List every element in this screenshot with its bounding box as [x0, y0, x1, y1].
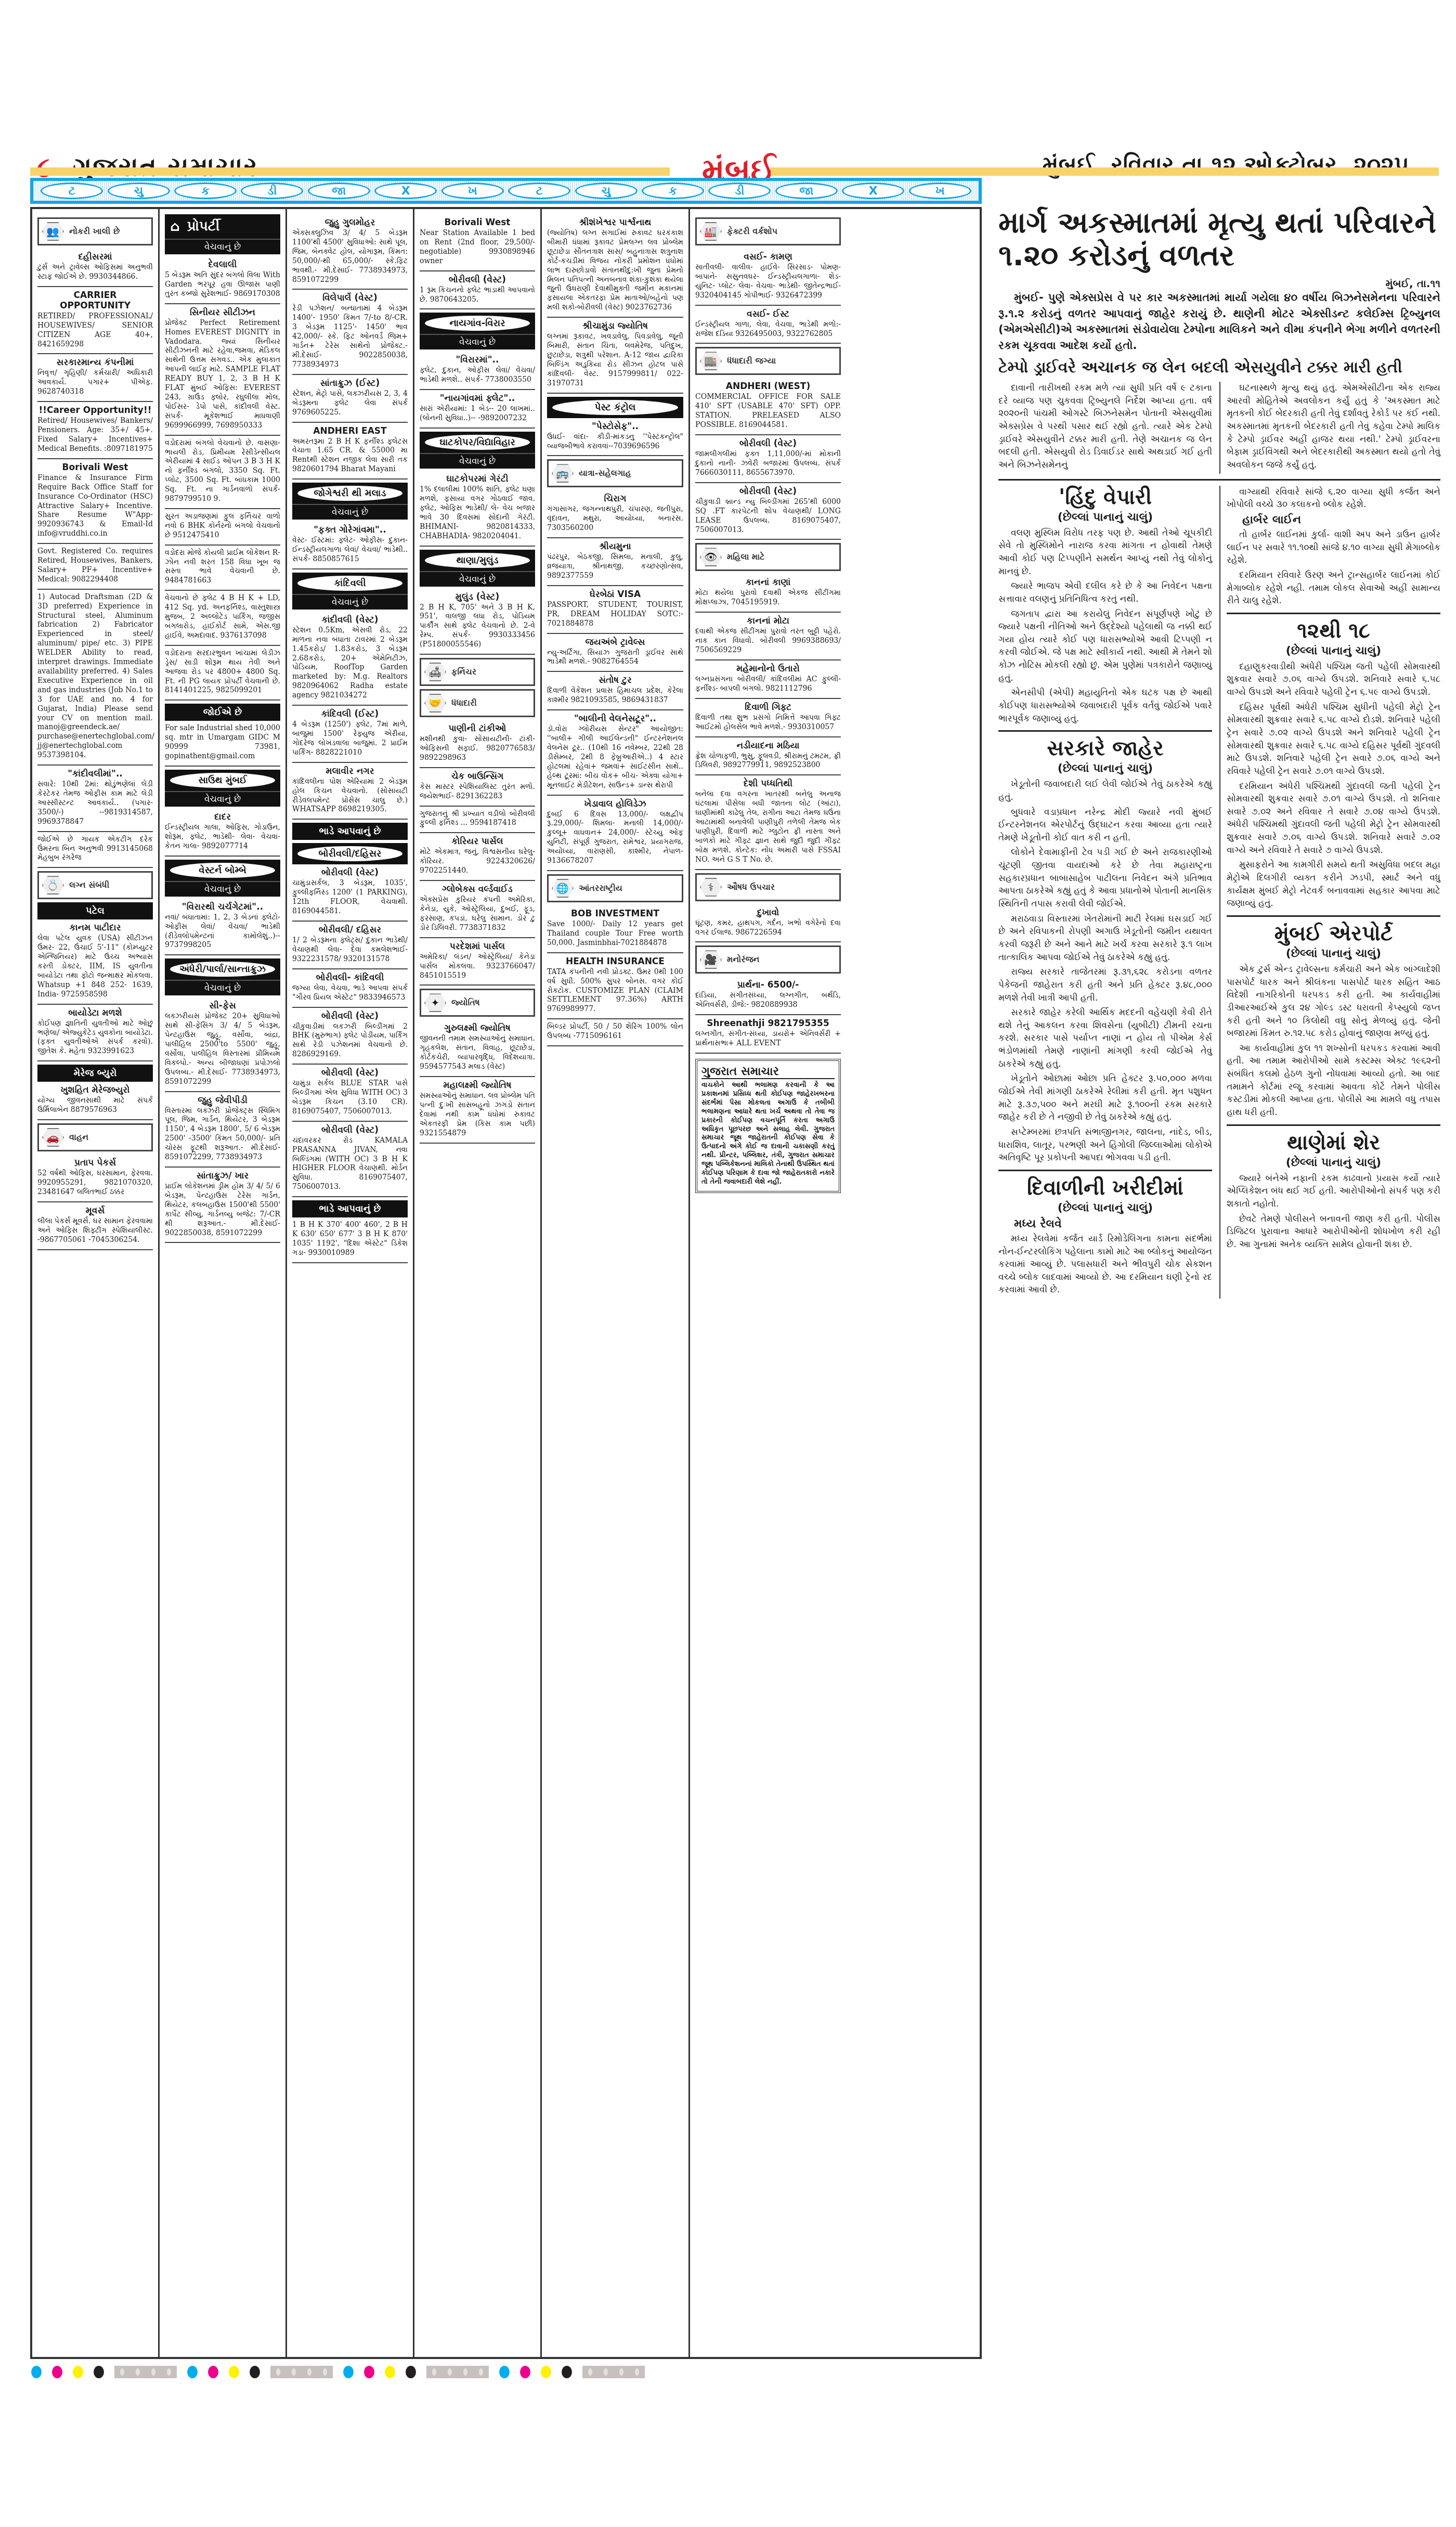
ad-title: HEALTH INSURANCE	[547, 956, 683, 967]
ad-list: પ્રતાપ પેકર્સ52 વર્ષથી ઓફિસ, ઘરસામાન, ફે…	[37, 1155, 153, 1250]
story-paragraph: દહિસર પૂર્વથી અંધેરી પશ્ચિમ સુધીની પહેલી…	[1227, 701, 1440, 778]
category-travel: 🚌 યાત્રા-સહેલગાહ	[547, 459, 683, 487]
ads-column-jobs: 👥 નોકરી ખાલી છે દહીસરમાંટુર્સ અને ટ્રાવે…	[32, 209, 160, 2357]
subheading-wanted: જોઈએ છે	[165, 704, 280, 721]
ad-title: પ્રાર્થના- 6500/-	[695, 980, 841, 990]
subheading-for-sale: વેચવાનું છે	[165, 239, 280, 254]
registration-dot	[406, 2366, 416, 2378]
ad-text: સમસ્યાઓનું સમાધાન. લવ પ્રોબ્લેમ પતિ પત્ન…	[420, 1092, 535, 1138]
film-camera-icon: 🎥	[700, 950, 722, 969]
news-story: 'હિંદુ વેપારી(છેલ્લાં પાનાનું ચાલું)વલણ …	[998, 486, 1212, 725]
ad-title: Borivali West	[420, 217, 535, 228]
ad-item: કોરિયર પાર્સલમોટે એકમાત્ર, જનું, વિશ્વસન…	[420, 833, 535, 881]
ad-item: બિલ્ડર પ્રોપર્ટી, 50 / 50 શેરિંગ 100% લો…	[547, 1019, 683, 1046]
category-health: ⚕ ઔષધ ઉપચાર	[695, 873, 841, 901]
registration-dot	[52, 2366, 62, 2378]
ad-item: સાંતાક્રુઝ/ ખારપ્રાઈમ લોકેશનમાં ડ્રીમ હો…	[165, 1168, 280, 1243]
shop-icon: 🏬	[700, 352, 722, 370]
ad-item: સુરત અડાજણમાં ફુલ ફર્નિચર વાળો નવો 6 BHK…	[165, 509, 280, 546]
ad-title: મહાલક્ષ્મી જ્યોતિષ	[420, 1080, 535, 1091]
story-headline: સરકારે જાહેર	[998, 737, 1212, 760]
ad-title: દહીસરમાં	[37, 252, 153, 262]
ad-item: Borivali WestFinance & Insurance Firm Re…	[37, 459, 153, 544]
ad-title: કાંદિવલી (ઈસ્ટ)	[292, 709, 408, 719]
ad-item: For sale Industrial shed 10,000 sq. mtr …	[165, 721, 280, 767]
story-paragraph: રાજ્ય સરકારે તાજેતરમાં રૂ.૩૧,૬૨૮ કરોડના …	[998, 966, 1212, 1004]
ad-title: બોરીવલી (વેસ્ટ)	[695, 438, 841, 449]
ad-list: જુહુ ગુલમોહરએક્સક્લુઝિવ 3/ 4/ 5 બેડરૂમ 1…	[292, 214, 408, 480]
ad-item: "વિરારમાં"..ફ્લેટ, દુકાન, ઓફીસ લેવાં/ વે…	[420, 352, 535, 390]
ad-item: કાનનાં મોટાદવાથી એકજ સીટીંગમાં પુરાવો તર…	[695, 613, 841, 660]
publisher-disclaimer: ગુજરાત સમાચાર વાચકોને આથી ભલામણ કરવાની ક…	[695, 1059, 841, 1193]
ad-list: "વિરારમાં"..ફ્લેટ, દુકાન, ઓફીસ લેવાં/ વે…	[420, 352, 535, 429]
ad-title: મહેમાનોનો ઉતારો	[695, 664, 841, 674]
ad-text: સારાં એરીયામાં: 1 બેડ-- 20 લાખમાં.. (લોન…	[420, 405, 535, 423]
ad-text: 52 વર્ષથી ઓફિસ, ઘરસામાન, ફેરવવા. 9920955…	[37, 1169, 153, 1197]
category-pest-control: પેસ્ટ કંટ્રોલ	[547, 397, 683, 418]
ad-title: દેવલાલી	[165, 260, 280, 270]
ad-title: ખેડાવાલ હોલિડેઝ	[547, 799, 683, 809]
registration-dot	[385, 2366, 395, 2378]
ad-item: ખુશહિત મેરેજબ્યુરો યોગ્ય જીવનસાથી માટે સ…	[37, 1082, 153, 1120]
ad-text: વડોદરા મોજે કોયલી પ્રાઈમ લોકેશન R- ઝોન ન…	[165, 549, 280, 586]
registration-dot	[364, 2366, 374, 2378]
ad-item: વડોદરા મોજે કોયલી પ્રાઈમ લોકેશન R- ઝોન ન…	[165, 546, 280, 591]
ad-item: મલાવીર નગરકાંદિવલીના પોશ એરિયામાં 2 બેડર…	[292, 763, 408, 820]
classifieds-banner: ટચુકડીજાXખટચુકડીજાXખ	[30, 178, 982, 204]
ad-text: ન્યુ-અર્ટિગા, સિયાઝ ગુજરાતી ડ્રાઈવર સાથે…	[547, 649, 683, 667]
ad-title: CARRIER OPPORTUNITY	[37, 290, 153, 311]
ad-text: લગ્નમાં રૂકાવટ, ખવડાવેલુ, પિવડાવેલુ, જૂન…	[547, 332, 683, 388]
region-naigaon-virar: નાયગાંવ-વિરાર	[420, 313, 535, 334]
ad-list: ચિરાગગંગાસાગર, જગન્નાથપુરી, ચંપારણ, જતીપ…	[547, 490, 683, 871]
ad-title: સાંતાક્રુઝ/ ખાર	[165, 1171, 280, 1181]
ad-text: સુરત અડાજણમાં ફુલ ફર્નિચર વાળો નવો 6 BHK…	[165, 512, 280, 540]
ad-text: જામલીગલીમાં ફક્ત 1,11,000/-માં મોકાની દુ…	[695, 450, 841, 478]
ad-title: બાયોડેટા મળશે	[37, 1008, 153, 1018]
ad-title: કાનનાં મોટા	[695, 616, 841, 626]
ad-text: સ્ટેશન 0.5Km, એસવી રોડ, 22 માળના નવા બંધ…	[292, 626, 408, 701]
region-andheri-parla-santacruz: અંધેરી/પાર્લા/સાન્તાક્રુઝ	[165, 958, 280, 980]
category-international: 🌐 આંતરરાષ્ટ્રીય	[547, 874, 683, 902]
ad-list: પાણીની ટાંકીઓમશીનથી કુવા- સોસાયટીની- ટાં…	[420, 720, 535, 833]
ad-title: કાંદીવલી (વેસ્ટ)	[292, 615, 408, 625]
ad-item: 1) Autocad Draftsman (2D & 3D preferred)…	[37, 590, 153, 766]
banner-pill: ડી	[241, 183, 303, 199]
ad-title: ચિરાગ	[547, 494, 683, 504]
category-factory-workshop: 🏭 ફેક્ટરી વર્કશોપ	[695, 217, 841, 245]
ad-item: બોરીવલી/ દહિસર1/ 2 બેડરૂમના ફ્લેટ્સ/ દુક…	[292, 922, 408, 969]
ad-item: મહેમાનોનો ઉતારોલગ્નપ્રસંગના બોરીવલી/ કાં…	[695, 660, 841, 699]
ad-item: સંતોષ ટુરદિવાળી વેકેશન પ્રવાસ હિમાચલ પ્ર…	[547, 672, 683, 710]
registration-dot	[520, 2366, 530, 2378]
bus-icon: 🚌	[552, 464, 574, 483]
lead-body: દાવાની તારીખથી રકમ મળે ત્યાં સુધી પ્રતિ …	[998, 382, 1440, 473]
story-paragraph: એનસીપી (એપી) મહાયુતિનો એક ઘટક પક્ષ છે આથ…	[998, 686, 1212, 725]
subheading-patel: પટેલ	[37, 902, 153, 919]
ad-text: ટુર્સ અને ટ્રાવેલ્સ ઓફિસમાં અનુભવી સ્ટાફ…	[37, 263, 153, 282]
ad-text: કોઈપણ જ્ઞાતિની યુવતીઓ માટે ઓછું ભણેલા/ એ…	[37, 1019, 153, 1057]
region-western-bombay: વેસ્ટર્ન બોમ્બે	[165, 860, 280, 881]
ad-item: જોઈએ છે ગાયક એકટીંગ દરેક ઉંમરના બિન અનુભ…	[37, 832, 153, 869]
story-paragraph: ખેડૂતોની જવાબદારી લઈ લેવી જોઈએ તેવું ઠાક…	[998, 778, 1212, 804]
registration-grey-bar	[114, 2366, 177, 2378]
subheading-for-rent-2: ભાડે આપવાનું છે	[292, 1200, 408, 1217]
ad-item: પ્રાર્થના- 6500/-દાંડિયા, સંગીતસંધ્યા, લ…	[695, 977, 841, 1015]
ad-title: ચેક બાઉન્સિંગ	[420, 771, 535, 782]
ad-text: 1) Autocad Draftsman (2D & 3D preferred)…	[37, 593, 153, 760]
ad-text: જોઈએ છે ગાયક એકટીંગ દરેક ઉંમરના બિન અનુભ…	[37, 835, 153, 863]
ad-text: 1/ 2 બેડરૂમના ફ્લેટ્સ/ દુકાન ભાડેથી/ વેચ…	[292, 936, 408, 964]
story-paragraph: સપ્ટેમ્બરમાં છત્રપતિ સંભાજીનગર, જાલના, ન…	[998, 1126, 1212, 1164]
banner-pill: X	[374, 183, 437, 199]
ad-title: શ્રીચામુંડા જ્યોતિષ	[547, 321, 683, 331]
ad-item: દાદર ઈન્ડસ્ટ્રીયલ ગાલા, ઓફિસ, ગોડાઉન, શો…	[165, 809, 280, 857]
continued-note: (છેલ્લાં પાનાનું ચાલું)	[1227, 1156, 1440, 1169]
ad-item: "ફક્ત ગોરેગાંવમા".. વેસ્ટ- ઈસ્ટમાં: ફ્લે…	[292, 522, 408, 569]
story-headline: ૧૨થી ૧૮	[1227, 619, 1440, 642]
ad-item: પાણીની ટાંકીઓમશીનથી કુવા- સોસાયટીની- ટાં…	[420, 720, 535, 768]
ad-list: Borivali WestNear Station Available 1 be…	[420, 214, 535, 309]
ad-text: ચામુંડાસર્કલ, 3 બેડરૂમ, 1035', ફુલ્લીફર્…	[292, 879, 408, 916]
ad-text: ચીકુવાડીમાં લકઝરી બિલ્ડીંગમાં 2 BHK (મુર…	[292, 1022, 408, 1060]
ad-item: ખેડાવાલ હોલિડેઝદુબઈ 6 દિવસ 13,000/- લક્ષ…	[547, 796, 683, 871]
ad-list: કોરિયર પાર્સલમોટે એકમાત્ર, જનું, વિશ્વસન…	[420, 833, 535, 986]
registration-grey-bar	[582, 2366, 645, 2378]
story-headline: મુંબઈ એરપોર્ટ	[1227, 922, 1440, 945]
ad-title: કોરિયર પાર્સલ	[420, 836, 535, 847]
ads-column-property: ⌂ પ્રોપર્ટી વેચવાનું છે દેવલાલી5 બેડરૂમ …	[160, 209, 287, 2357]
right-story-column: વાગ્યાથી રવિવારે સાંજે ૬.૨૦ વાગ્યા સુધી …	[1219, 486, 1440, 1299]
ad-title: "કાંદીવલીમાં"..	[37, 769, 153, 779]
ad-item: વસઈ- ઈસ્ટઈન્ડસ્ટ્રીયલ ગાળા, લેવા, વેચવા,…	[695, 306, 841, 344]
ad-item: વિલેપાર્લે (વેસ્ટ)રેડી પઝેશન/ બન્ધાતામાં…	[292, 290, 408, 374]
ad-text: મોટા થયેલા પુરાવો દવાથી એકજ સીટીંગમા મોક…	[695, 589, 841, 607]
registration-dot	[541, 2366, 551, 2378]
ad-item: બોરીવલી (વેસ્ટ)ચામુંડાસર્કલ, 3 બેડરૂમ, 1…	[292, 864, 408, 922]
news-section: માર્ગ અકસ્માતમાં મૃત્યુ થતાં પરિવારને ૧.…	[998, 207, 1440, 2359]
ad-item: જુહુ જેવીપીડીવિસ્તારમાં લક્ઝરી પ્રોજેક્ટ…	[165, 1092, 280, 1168]
rings-icon: 💍	[42, 876, 64, 895]
banner-pill: ડી	[708, 183, 771, 199]
ad-item: "પેસ્ટોસેફ".. ઉધઈ- વાંદા- કીડી-માંકડનુ '…	[547, 418, 683, 457]
story-paragraph: મુસાફરોને આ કામગીરી સમયે થતી અસુવિધા બદલ…	[1227, 859, 1440, 910]
category-astrology: ✦ જ્યોતિષ	[420, 989, 535, 1017]
banner-pill: ચુ	[108, 183, 170, 199]
ad-text: સવારે: 10થી 2માં: થોડુંભણેલાં લેડી કેરટે…	[37, 780, 153, 827]
ad-title: "વિરારમાં"..	[420, 355, 535, 365]
ad-title: દેશી પધ્ધતિથી	[695, 779, 841, 789]
ad-title: સાંતાક્રુઝ (ઈસ્ટ)	[292, 378, 408, 388]
ad-title: સી-ફેસ	[165, 1001, 280, 1011]
category-marriage: 💍 લગ્ન સંબંધી	[37, 871, 153, 899]
continued-note: (છેલ્લાં પાનાનું ચાલું)	[998, 511, 1212, 524]
category-women: 👁 મહિલા માટે	[695, 543, 841, 571]
story-paragraph: એક ટુર્સ એન્ડ ટ્રાવેલ્સના કર્મચારી અને એ…	[1227, 963, 1440, 1040]
ad-item: કાંદિવલી (ઈસ્ટ)4 બેડરૂમ (1250') ફ્લેટ, 7…	[292, 706, 408, 763]
ad-text: સાતીવલી- વાલીવ- હાઈવે- સિરસાડ- પોમણ- બાપ…	[695, 263, 841, 301]
ad-item: દહીસરમાંટુર્સ અને ટ્રાવેલ્સ ઓફિસમાં અનુભ…	[37, 249, 153, 287]
region-jogeshwari-malad: જોગેશ્વરી થી મલાડ	[292, 483, 408, 504]
ad-text: Finance & Insurance Firm Require Back Of…	[37, 474, 153, 539]
ad-list: સી-ફેસલક્ઝરીયસ પ્રોજેક્ટ 20+ સુવિધાઓ સાથ…	[165, 997, 280, 1243]
ad-text: દાંડિયા, સંગીતસંધ્યા, લગ્નગીત, બર્થડિ, એ…	[695, 991, 841, 1010]
registration-dot	[499, 2366, 510, 2378]
ad-title: BOB INVESTMENT	[547, 909, 683, 919]
ad-text: કેસ માસ્ટર સ્પેશિયાલિસ્ટ તુરંત મળો. જયેશ…	[420, 783, 535, 801]
ad-text: મોટે એકમાત્ર, જનું, વિશ્વસનીય ઘરેલુ-કોરિ…	[420, 848, 535, 876]
region-thane-mulund: થાણા/મુલુંડ	[420, 550, 535, 571]
classified-ads-grid: 👥 નોકરી ખાલી છે દહીસરમાંટુર્સ અને ટ્રાવે…	[30, 207, 982, 2359]
ad-text: Near Station Available 1 bed on Rent (2n…	[420, 229, 535, 266]
category-property: ⌂ પ્રોપર્ટી	[165, 214, 280, 239]
ad-item: પરદેશમાં પાર્સલઅમેરિકા/ લંડન/ ઓસ્ટ્રેલિય…	[420, 938, 535, 986]
ad-title: શ્રીશંખેશ્વર પાર્શ્વનાથ	[547, 217, 683, 228]
story-kicker: મધ્ય રેલવે	[1014, 1217, 1212, 1230]
region-kandivali: કાંદિવલી	[292, 573, 408, 594]
ad-item: શ્રીશંખેશ્વર પાર્શ્વનાથ(જ્યોતિષ) લગ્ન સગ…	[547, 214, 683, 318]
ad-item: નડીયાદના મઠિયાફ્રેશ ચોળાફળી, ભુસુ, ફૂલવડ…	[695, 737, 841, 776]
ad-title: મૂવર્સ	[37, 1206, 153, 1216]
registration-dot	[562, 2366, 572, 2378]
story-paragraph: મરાઠવાડા વિસ્તારમાં ખેતરોમાંની માટી રેલમ…	[998, 913, 1212, 964]
registration-dot	[250, 2366, 260, 2378]
handshake-icon: 🤝	[424, 694, 446, 712]
ad-item: બોરીવલી (વેસ્ટ)ચીકુવાડીમાં લકઝરી બિલ્ડીં…	[292, 1008, 408, 1065]
ad-text: રેડી પઝેશન/ બન્ધાતામાં 4 બેડરૂમ 1400'- 1…	[292, 304, 408, 369]
ad-title: "નાયગાંવમાં ફ્લેટ"..	[420, 393, 535, 404]
ad-item: !!Career Opportunity!!Retired/ Housewive…	[37, 402, 153, 459]
ad-list: શ્રીશંખેશ્વર પાર્શ્વનાથ(જ્યોતિષ) લગ્ન સગ…	[547, 214, 683, 394]
ad-text: મશીનથી કુવા- સોસાયટીની- ટાંકી- ઓફિસની સફ…	[420, 735, 535, 763]
ad-item: ગુજરાતનું શ્રી પ્રખ્યાત વડીલો બોરીવલી ફુ…	[420, 807, 535, 834]
ad-title: નડીયાદના મઠિયા	[695, 741, 841, 751]
ad-item: વેચવાનો છે ફ્લેટ 4 B H K + LD, 412 Sq. y…	[165, 591, 280, 646]
ad-title: પ્રતાપ પેકર્સ	[37, 1158, 153, 1168]
ad-title: જુહુ જેવીપીડી	[165, 1095, 280, 1106]
ad-title: બોરીવલી (વેસ્ટ)	[292, 1011, 408, 1021]
ad-text: અમેરિકા/ લંડન/ ઓસ્ટ્રેલિયા/ કેનેડા પાર્સ…	[420, 953, 535, 981]
banner-pill: ખ	[909, 183, 971, 199]
ad-text: સ્ટેશન, મેટ્રો પાસે, લક્ઝરીયસ 2, 3, 4 બે…	[292, 390, 408, 418]
subheading-marriage-bureau: મેરેજ બ્યુરો	[37, 1065, 153, 1082]
ad-title: મલાવીર નગર	[292, 766, 408, 776]
ad-text: લગ્નપ્રસંગના બોરીવલી/ કાંદિવલીમાં AC ફુલ…	[695, 675, 841, 694]
ad-title: દુખાવો	[695, 908, 841, 918]
ad-title: વસઈ- કામણ	[695, 252, 841, 262]
ads-column-factory-misc: 🏭 ફેક્ટરી વર્કશોપ વસઈ- કામણસાતીવલી- વાલી…	[690, 209, 846, 2357]
ad-text: જીવનની તમામ સમસ્યાઓનું સમાધાન. ગૃહકલેશ, …	[420, 1034, 535, 1072]
ad-list: કાનનાં કાણાંમોટા થયેલા પુરાવો દવાથી એકજ …	[695, 574, 841, 870]
ad-item: જયઅંબે ટ્રાવેલ્સન્યુ-અર્ટિગા, સિયાઝ ગુજર…	[547, 634, 683, 672]
factory-icon: 🏭	[700, 222, 722, 241]
story-paragraph: વલણ મુસ્લિમ વિરોધ તરફ પણ છે. આથી તેઓ ચૂપ…	[998, 527, 1212, 578]
ad-text: વેચવાનો છે ફ્લેટ 4 B H K + LD, 412 Sq. y…	[165, 594, 280, 641]
yellow-rule-right	[771, 167, 1439, 176]
ad-title: બોરીવલી (વેસ્ટ)	[292, 1125, 408, 1135]
news-story: મુંબઈ એરપોર્ટ(છેલ્લાં પાનાનું ચાલું)એક ટ…	[1227, 915, 1440, 1119]
ad-item: જુહુ ગુલમોહરએક્સક્લુઝિવ 3/ 4/ 5 બેડરૂમ 1…	[292, 214, 408, 290]
banner-pill: જા	[775, 183, 838, 199]
story-paragraph: તો હાર્બર લાઈનમાં કુર્લા- વાશી અપ અને ડા…	[1227, 528, 1440, 567]
ad-text: Govt. Registered Co. requires Retired, H…	[37, 547, 153, 585]
ad-item: 1 B H K 370' 400' 460', 2 B H K 630' 650…	[292, 1217, 408, 1263]
ad-text: અમરતરૂમા 2 B H K ફર્નીશ્ડ ફ્લેટસ વેચાતા …	[292, 437, 408, 475]
ad-item: પ્રતાપ પેકર્સ52 વર્ષથી ઓફિસ, ઘરસામાન, ફે…	[37, 1155, 153, 1202]
ad-text: RETIRED/ PROFESSIONAL/ HOUSEWIVES/ SENIO…	[37, 312, 153, 349]
ad-title: ANDHERI (WEST)	[695, 381, 841, 392]
ad-item: ચેક બાઉન્સિંગકેસ માસ્ટર સ્પેશિયાલિસ્ટ તુ…	[420, 768, 535, 807]
left-story-column: 'હિંદુ વેપારી(છેલ્લાં પાનાનું ચાલું)વલણ …	[998, 486, 1212, 1299]
ad-text: લગ્નગીત, સંગીત-સંધ્યા, ડાયરો+ એનિવર્સરી …	[695, 1030, 841, 1048]
registration-dot	[343, 2366, 354, 2378]
ad-text: (જ્યોતિષ) લગ્ન સગાઈમાં રુકાવટ ઘરકંકાશ બી…	[547, 229, 683, 313]
ad-list: BOB INVESTMENTSave 1000/- Daily 12 years…	[547, 905, 683, 1046]
ad-item: ઘેરબેઠાં VISAPASSPORT, STUDENT, TOURIST,…	[547, 586, 683, 634]
story-paragraph: દરમિયાન અંધેરી પશ્ચિમથી ગુંદાવલી જતી પહે…	[1227, 780, 1440, 857]
banner-pill: ખ	[441, 183, 504, 199]
ad-item: મુલુંડ (વેસ્ટ) 2 B H K, 705' અને 3 B H K…	[420, 589, 535, 655]
people-icon: 👥	[42, 222, 64, 241]
category-jobs: 👥 નોકરી ખાલી છે	[37, 217, 153, 245]
banner-pill: ચુ	[575, 183, 638, 199]
story-paragraph: વાગ્યાથી રવિવારે સાંજે ૬.૨૦ વાગ્યા સુધી …	[1227, 486, 1440, 511]
ad-item: "બાલીની વેલનેસટૂર"..ડૉ.વોરા ગ્લોરીયસ સેન…	[547, 710, 683, 795]
ads-column-astrology-travel: શ્રીશંખેશ્વર પાર્શ્વનાથ(જ્યોતિષ) લગ્ન સગ…	[542, 209, 690, 2357]
ad-item: બોરીવલી (વેસ્ટ)ચામુંડા સર્કલ BLUE STAR પ…	[292, 1065, 408, 1122]
ad-item: વસઈ- કામણસાતીવલી- વાલીવ- હાઈવે- સિરસાડ- …	[695, 249, 841, 306]
continued-note: (છેલ્લાં પાનાનું ચાલું)	[998, 1201, 1212, 1214]
story-headline: 'હિંદુ વેપારી	[998, 486, 1212, 509]
ad-item: દિવાળી ગિફ્ટદિવાળી તથા શુભ પ્રસંગો નિમિત…	[695, 699, 841, 737]
ad-text: બિલ્ડર પ્રોપર્ટી, 50 / 50 શેરિંગ 100% લો…	[547, 1022, 683, 1041]
ad-title: ANDHERI EAST	[292, 426, 408, 436]
ad-list: કાનમ પાટીદારલેવા પટેલ યુવક (USA) સીટીઝન …	[37, 919, 153, 1061]
ad-text: લેવા પટેલ યુવક (USA) સીટીઝન ઉંમર- 22, ઉં…	[37, 934, 153, 999]
ad-title: કાનનાં કાણાં	[695, 577, 841, 588]
ad-title: બોરીવલી (વેસ્ટ)	[420, 275, 535, 285]
story-paragraph: બુધવારે વડાપ્રધાન નરેન્દ્ર મોદી જ્યારે ન…	[998, 806, 1212, 845]
ad-title: પાણીની ટાંકીઓ	[420, 723, 535, 734]
ad-title: ગ્લોબેક્સ વર્લ્ડવાઈડ	[420, 884, 535, 895]
lead-subheadline: ટેમ્પો ડ્રાઈવરે અચાનક જ લેન બદલી એસયુવીન…	[998, 358, 1440, 377]
story-paragraph: દહાણુકરવાડીથી અંધેરી પશ્ચિમ જતી પહેલી સો…	[1227, 660, 1440, 699]
ad-title: બોરીવલી (વેસ્ટ)	[292, 867, 408, 878]
ad-item: સી-ફેસલક્ઝરીયસ પ્રોજેક્ટ 20+ સુવિધાઓ સાથ…	[165, 997, 280, 1092]
ad-text: પંઢરપુર, બેઠકજી, સિમલા, મનાલી, કુલુ, વ્ર…	[547, 553, 683, 581]
ad-text: ચીકુવાડી બ્રાન્ડ ન્યુ બિલ્ડીંગમાં 265'થી…	[695, 498, 841, 535]
ad-title: સંતોષ ટુર	[547, 675, 683, 685]
ad-item: "કાંદીવલીમાં"..સવારે: 10થી 2માં: થોડુંભણ…	[37, 766, 153, 832]
ad-text: ડૉ.વોરા ગ્લોરીયસ સેન્ટર" આયોજીત: ''બાલી+…	[547, 725, 683, 790]
ad-title: બોરીવલી/ દહિસર	[292, 925, 408, 935]
ad-text: Save 1000/- Daily 12 years get Thailand …	[547, 920, 683, 948]
ad-text: ગુજરાતનું શ્રી પ્રખ્યાત વડીલો બોરીવલી ફુ…	[420, 810, 535, 828]
ad-text: ફ્લેટ, દુકાન, ઓફીસ લેવાં/ વેંચવા/ ભાડેથી…	[420, 366, 535, 385]
news-story: થાણેમાં શેર(છેલ્લાં પાનાનું ચાલું)જ્યારે…	[1227, 1124, 1440, 1251]
ad-text: COMMERCIAL OFFICE FOR SALE 410' SFT (USA…	[695, 393, 841, 430]
ad-item: "વિરારથી ચર્ચગેટમાં".. નવાં/ બંધાતામાં: …	[165, 899, 280, 956]
ad-item: કાનમ પાટીદારલેવા પટેલ યુવક (USA) સીટીઝન …	[37, 919, 153, 1004]
category-vehicle: 🚗 વાહન	[37, 1123, 153, 1151]
ad-item: સરકારમાન્ય કંપનીમાંનિવૃત્ત/ ગૃહિણી/ કર્મ…	[37, 354, 153, 402]
ad-list: બોરીવલી (વેસ્ટ)ચામુંડાસર્કલ, 3 બેડરૂમ, 1…	[292, 864, 408, 1197]
ads-column-property-2: જુહુ ગુલમોહરએક્સક્લુઝિવ 3/ 4/ 5 બેડરૂમ 1…	[287, 209, 414, 2357]
eye-icon: 👁	[700, 548, 722, 566]
ad-text: વડોદરામાં બંગલો વેચવાનો છે. વાસણા- ભાયલી…	[165, 439, 280, 504]
ad-text: પ્રોજેક્ટ Perfect Retirement Homes EVERE…	[165, 319, 280, 431]
ad-text: વિસ્તારમાં લક્ઝરી પ્રોજેક્ટ્સ સ્વિમિંગ પ…	[165, 1107, 280, 1162]
ad-title: બોરીવલી (વેસ્ટ)	[695, 486, 841, 497]
ad-text: ઈન્ડસ્ટ્રીયલ ગાળા, લેવા, વેચવા, ભાડેથી મ…	[695, 320, 841, 339]
ad-item: Shreenathji 9821795355લગ્નગીત, સંગીત-સંધ…	[695, 1015, 841, 1054]
ad-text: બનેલા દવા વગરના ખાતરથી બનેલુ અનાજ ઘંટલામ…	[695, 790, 841, 864]
ad-title: ઘેરબેઠાં VISA	[547, 589, 683, 600]
ad-item: વડોદરામાં બંગલો વેચવાનો છે. વાસણા- ભાયલી…	[165, 436, 280, 509]
news-story: દિવાળીની ખરીદીમાં(છેલ્લાં પાનાનું ચાલું)…	[998, 1170, 1212, 1297]
ad-text: કાંદિવલીના પોશ એરિયામાં 2 બેડરૂમ હોલ કિચ…	[292, 777, 408, 815]
ad-text: નિવૃત્ત/ ગૃહિણી/ કર્મચારી/ અધિકારી આવકાર…	[37, 369, 153, 397]
ad-text: ઘૂંટણ, કમર, હાથપગ, ગર્દન, ખભો વગેરેનો દવ…	[695, 919, 841, 938]
ad-item: સાંતાક્રુઝ (ઈસ્ટ)સ્ટેશન, મેટ્રો પાસે, લક…	[292, 375, 408, 423]
ad-title: !!Career Opportunity!!	[37, 405, 153, 416]
ad-item: HEALTH INSURANCETATA કંપનીની નવી પ્રોડક્…	[547, 953, 683, 1020]
ad-list: દહીસરમાંટુર્સ અને ટ્રાવેલ્સ ઓફિસમાં અનુભ…	[37, 249, 153, 868]
ad-item: ANDHERI EASTઅમરતરૂમા 2 B H K ફર્નીશ્ડ ફ્…	[292, 423, 408, 480]
ad-text: 5 બેડરૂમ અતિ સુંદર બંગલો વિલા With Garde…	[165, 271, 280, 299]
region-ghatkopar: ઘાટકોપર/વિદ્યાવિહાર	[420, 432, 535, 453]
ad-title: પરદેશમાં પાર્સલ	[420, 941, 535, 952]
story-paragraph: સરકારે જાહેર કરેલી આર્થિક મદદની વહેંચણી …	[998, 1006, 1212, 1070]
ad-list: કાંદીવલી (વેસ્ટ)સ્ટેશન 0.5Km, એસવી રોડ, …	[292, 612, 408, 820]
ad-item: બોરીવલી (વેસ્ટ)1 રૂમ કિચનનો ફ્લેટ ભાડાથી…	[420, 271, 535, 310]
ad-item: Borivali WestNear Station Available 1 be…	[420, 214, 535, 271]
ad-title: ગુરુલક્ષ્મી જ્યોતિષ	[420, 1023, 535, 1033]
region-south-mumbai: સાઉથ મુંબઈ	[165, 770, 280, 791]
ad-text: દિવાળી તથા શુભ પ્રસંગો નિમિત્તે આપવા ગિફ…	[695, 714, 841, 732]
lead-dateline: મુંબઈ, તા.૧૧	[998, 277, 1440, 290]
yellow-rule-left	[30, 167, 670, 176]
lead-headline: માર્ગ અકસ્માતમાં મૃત્યુ થતાં પરિવારને ૧.…	[998, 207, 1440, 272]
ad-item: "નાયગાંવમાં ફ્લેટ"..સારાં એરીયામાં: 1 બે…	[420, 390, 535, 429]
banner-pill: ટ	[41, 183, 103, 199]
news-story: વાગ્યાથી રવિવારે સાંજે ૬.૨૦ વાગ્યા સુધી …	[1227, 486, 1440, 607]
registration-dot	[94, 2366, 104, 2378]
ad-item: શ્રીયમુનાપંઢરપુર, બેઠકજી, સિમલા, મનાલી, …	[547, 538, 683, 586]
ad-list: ANDHERI (WEST)COMMERCIAL OFFICE FOR SALE…	[695, 378, 841, 540]
ad-text: Retired/ Housewives/ Bankers/ Pensioners…	[37, 417, 153, 454]
ad-item: મહાલક્ષ્મી જ્યોતિષસમસ્યાઓનું સમાધાન. લવ …	[420, 1077, 535, 1144]
ad-title: સિનીયર સીટીઝન	[165, 307, 280, 318]
ad-item: ચિરાગગંગાસાગર, જગન્નાથપુરી, ચંપારણ, જતીપ…	[547, 490, 683, 538]
banner-pill: ક	[174, 183, 237, 199]
ad-text: 4 બેડરૂમ (1250') ફ્લેટ, 7માં માળે, બાજુમ…	[292, 720, 408, 758]
ad-item: ઘાટકોપરમાં ગેરંટી 1% દલાલીમાં 100% શાંતિ…	[420, 471, 535, 546]
ad-item: BOB INVESTMENTSave 1000/- Daily 12 years…	[547, 905, 683, 953]
ad-item: દેવલાલી5 બેડરૂમ અતિ સુંદર બંગલો વિલા Wit…	[165, 256, 280, 304]
ads-column-property-3: Borivali WestNear Station Available 1 be…	[414, 209, 542, 2357]
story-kicker: હાર્બર લાઈન	[1242, 513, 1440, 526]
ad-text: ચંદાવરકર રોડ KAMALA PRASANNA JIVAN, નવા …	[292, 1136, 408, 1192]
ad-text: એક્સપ્રેસ કુરિયર કંપની અમેરિકા, કેનેડા, …	[420, 896, 535, 933]
ad-item: ANDHERI (WEST)COMMERCIAL OFFICE FOR SALE…	[695, 378, 841, 435]
ad-item: શ્રીચામુંડા જ્યોતિષલગ્નમાં રૂકાવટ, ખવડાવ…	[547, 318, 683, 393]
banner-pill: ટ	[508, 183, 570, 199]
house-icon: ⌂	[170, 219, 180, 235]
ad-item: Govt. Registered Co. requires Retired, H…	[37, 544, 153, 590]
ad-item: કાનનાં કાણાંમોટા થયેલા પુરાવો દવાથી એકજ …	[695, 574, 841, 613]
registration-dot	[187, 2366, 198, 2378]
